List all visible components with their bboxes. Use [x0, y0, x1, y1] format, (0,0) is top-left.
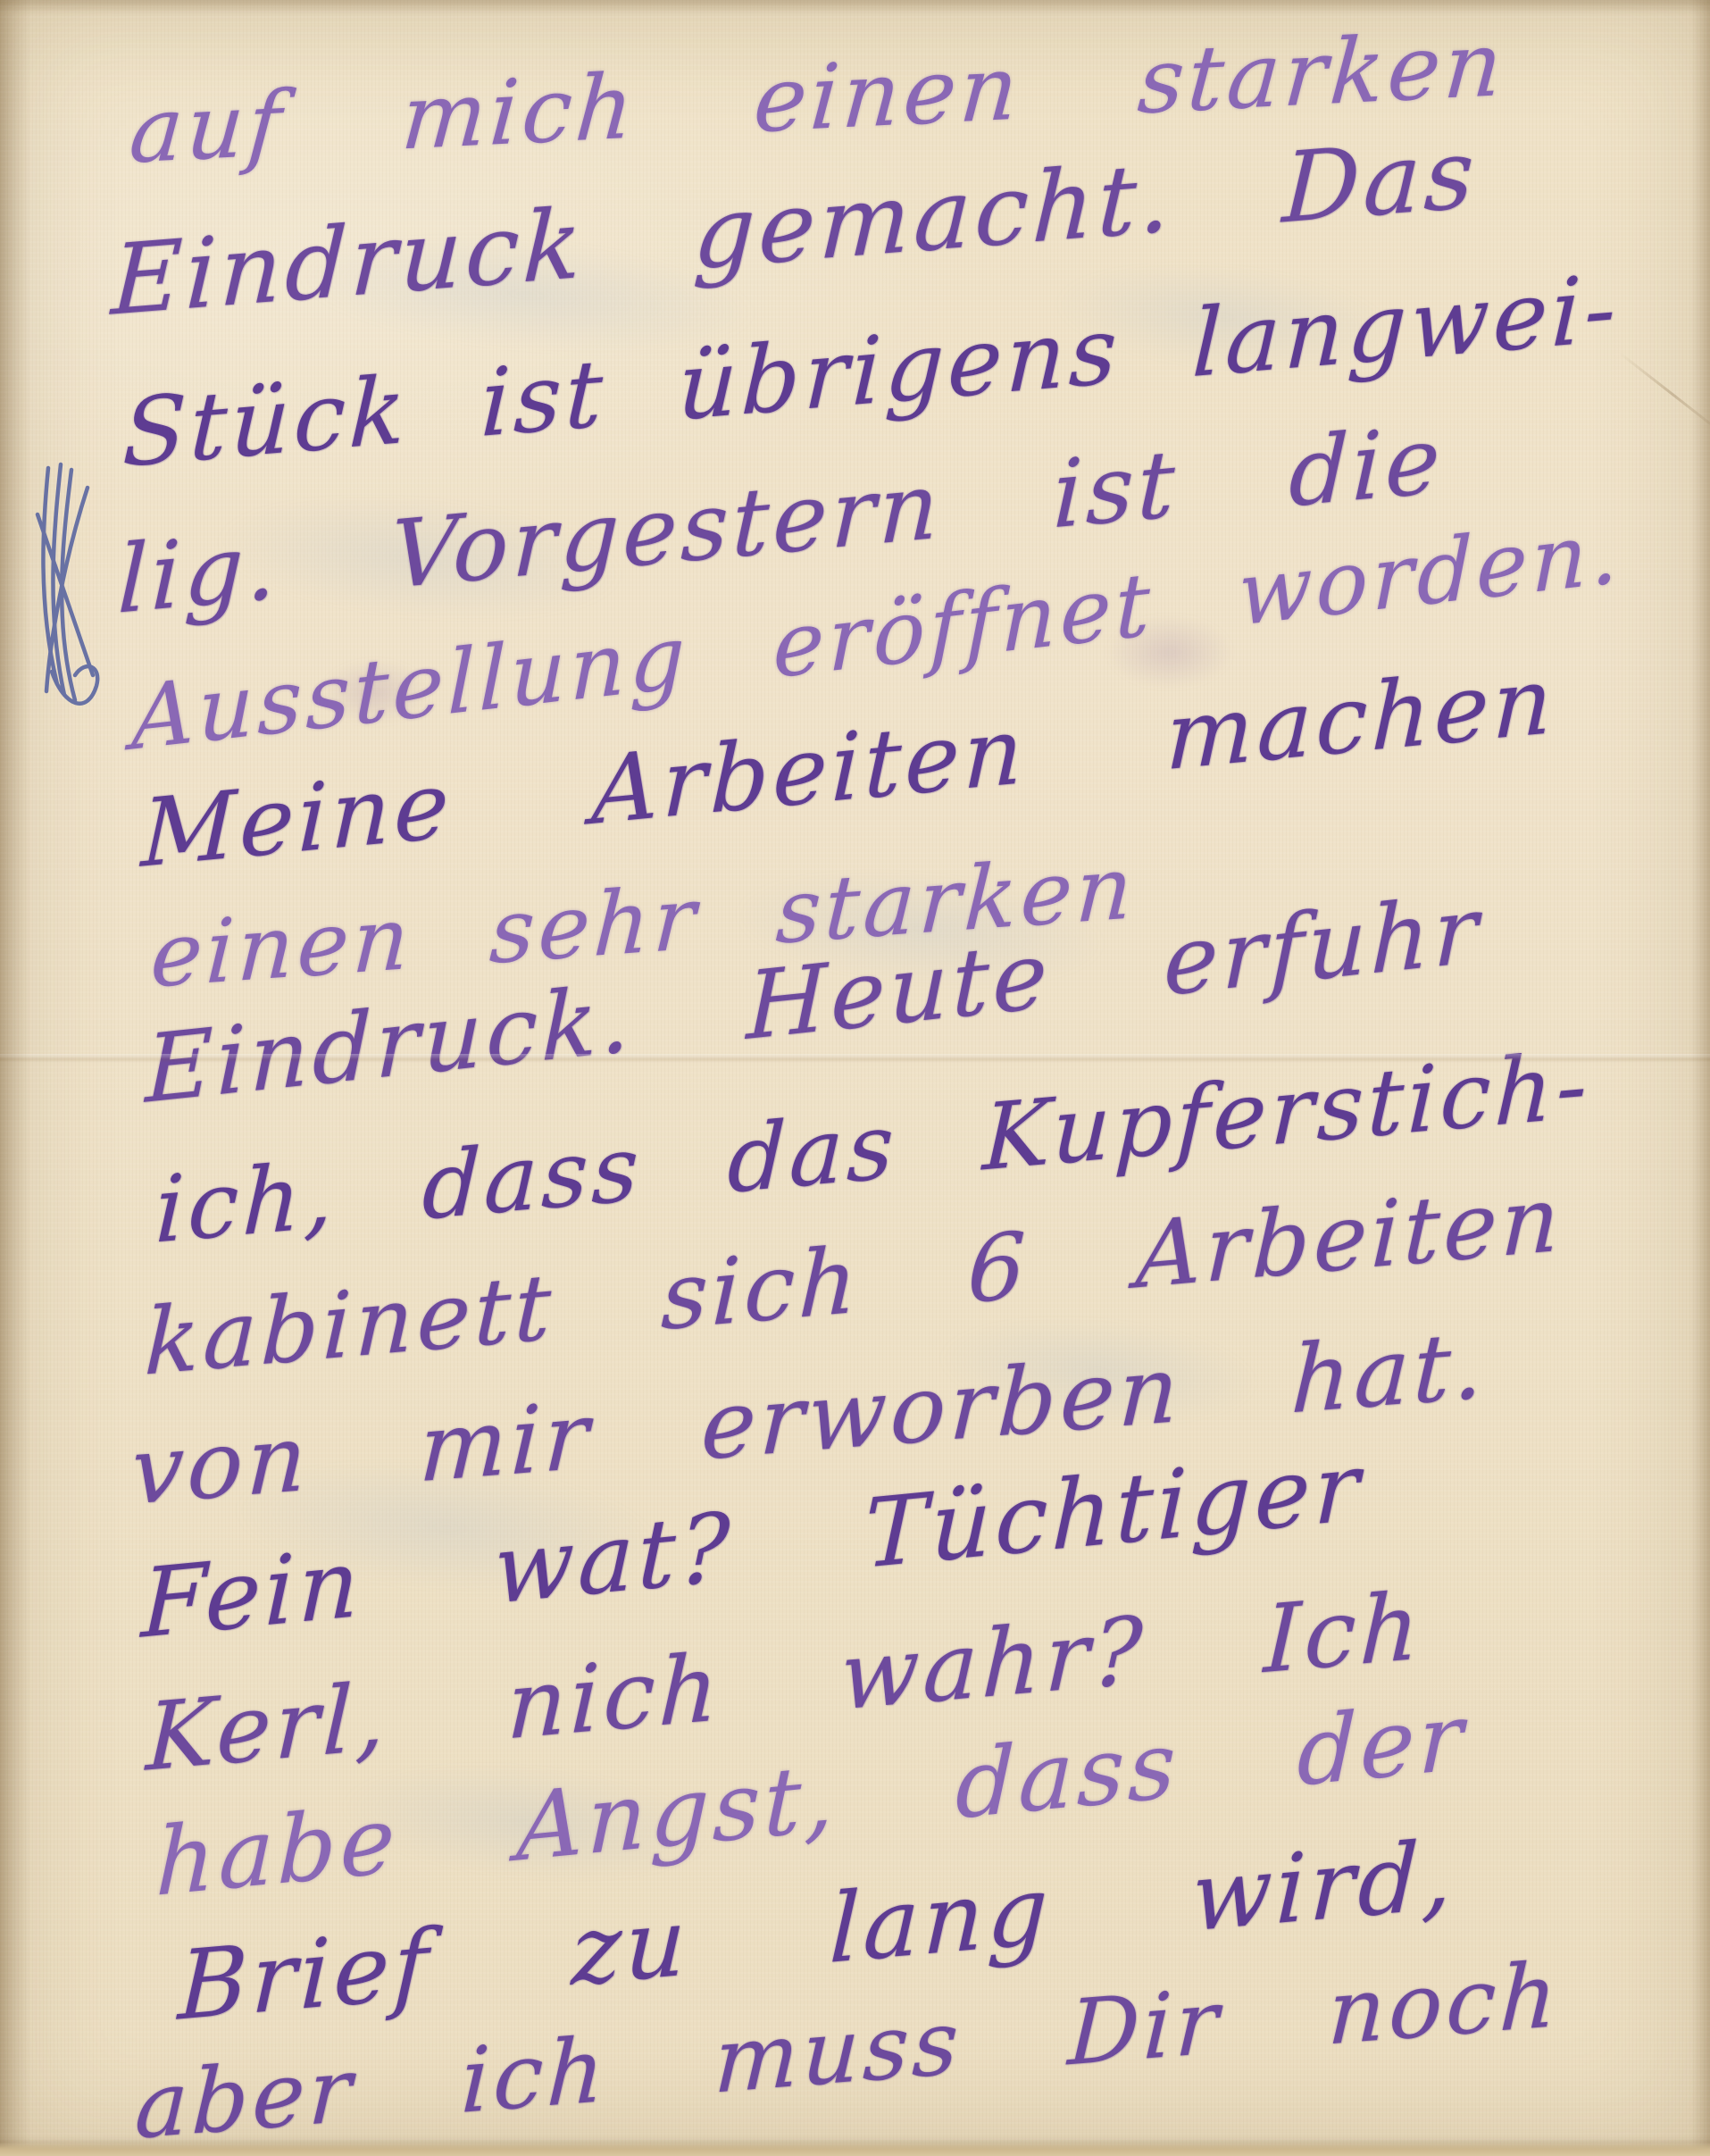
paper-edge-shadow — [1690, 0, 1710, 2156]
paper-edge-shadow — [0, 0, 30, 2156]
blue-pencil-scribble-mark — [11, 461, 163, 729]
letter-page: auf mich einen starken Eindruck gemacht.… — [0, 0, 1710, 2156]
paper-bottom-edge — [0, 2136, 1710, 2156]
paper-edge-shadow — [0, 0, 1710, 14]
fold-crease — [0, 1054, 1710, 1063]
